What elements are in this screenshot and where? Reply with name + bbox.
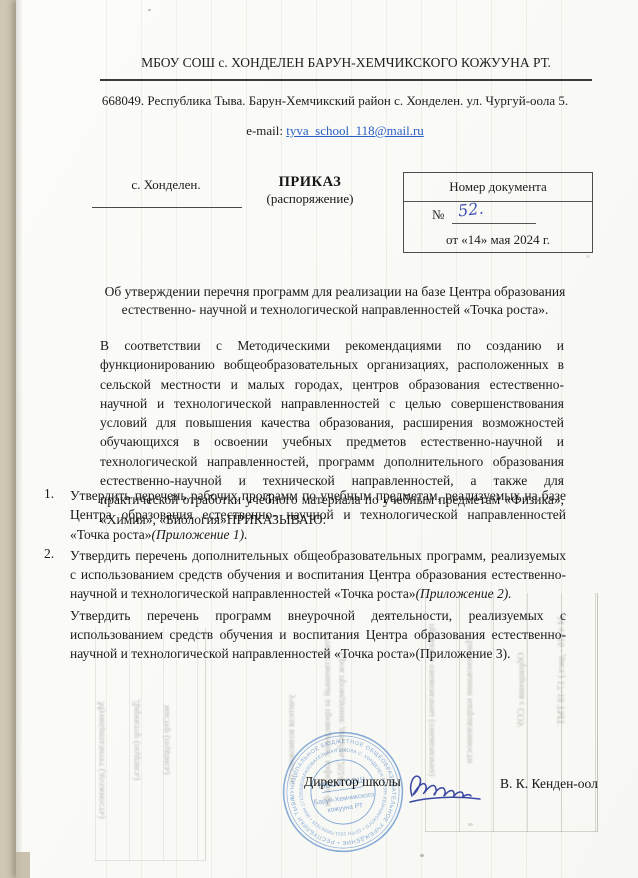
list-item: Утвердить перечень программ внеурочной д… — [42, 606, 566, 664]
scanner-corner-shadow — [16, 852, 30, 878]
number-box-header: Номер документа — [404, 173, 592, 202]
bleed-through-text: Муниципалитет (должность) — [97, 701, 107, 818]
order-subject: Об утверждении перечня программ для реал… — [70, 283, 600, 318]
document-number-box: Номер документа № 52. от «14» мая 2024 г… — [403, 172, 593, 253]
item-appendix: (Приложение 2). — [416, 586, 512, 601]
list-item: 2. Утвердить перечень дополнительных общ… — [42, 546, 566, 604]
doc-type-subtitle: (распоряжение) — [246, 191, 374, 207]
subject-line-1: Об утверждении перечня программ для реал… — [70, 283, 600, 301]
item-number — [42, 606, 70, 664]
signer-title: Директор школы — [304, 774, 401, 790]
handwritten-number: 52. — [457, 199, 485, 221]
order-item-list: 1. Утвердить перечень рабочих программ п… — [42, 486, 566, 666]
list-item: 1. Утвердить перечень рабочих программ п… — [42, 486, 566, 544]
number-row: № 52. — [404, 202, 592, 226]
org-address: 668049. Республика Тыва. Барун-Хемчикски… — [70, 93, 600, 109]
item-number: 1. — [42, 486, 70, 544]
email-label: e-mail: — [246, 123, 286, 138]
director-signature — [404, 768, 504, 812]
school-round-stamp: МУНИЦИПАЛЬНОЕ БЮДЖЕТНОЕ ОБЩЕОБРАЗОВАТЕЛЬ… — [268, 717, 417, 866]
stamp-center-line3: кожууна РТ — [327, 802, 363, 814]
scan-speck — [420, 854, 424, 857]
email-link[interactable]: tyva_school_118@mail.ru — [286, 123, 424, 138]
item-main-text: Утвердить перечень рабочих программ по у… — [70, 488, 566, 542]
letterhead-rule — [100, 79, 592, 81]
item-text: Утвердить перечень дополнительных общеоб… — [70, 546, 566, 604]
scan-speck — [148, 9, 151, 11]
doc-type-block: ПРИКАЗ (распоряжение) — [246, 174, 374, 207]
place-line: с. Хонделен. — [90, 177, 242, 193]
scan-speck — [468, 823, 473, 826]
place-underline — [92, 207, 242, 208]
bleed-through-text: Директор (подпись) — [132, 700, 142, 780]
number-sign: № — [432, 207, 444, 223]
item-appendix: (Приложение 1). — [152, 527, 248, 542]
doc-type-title: ПРИКАЗ — [246, 174, 374, 191]
bleed-through-text: мастер (подпись) — [162, 705, 172, 774]
scan-speck — [586, 255, 590, 258]
signer-name: В. К. Кенден-оол — [500, 776, 598, 792]
number-underline — [452, 223, 536, 224]
subject-line-2: естественно- научной и технологической н… — [70, 301, 600, 319]
email-line: e-mail: tyva_school_118@mail.ru — [70, 123, 600, 139]
item-main-text: Утвердить перечень программ внеурочной д… — [70, 608, 566, 662]
item-text: Утвердить перечень программ внеурочной д… — [70, 606, 566, 664]
order-date: от «14» мая 2024 г. — [404, 232, 592, 248]
scanned-order-document: Муниципалитет (должность) Директор (подп… — [0, 0, 638, 878]
item-number: 2. — [42, 546, 70, 604]
org-name: МБОУ СОШ с. ХОНДЕЛЕН БАРУН-ХЕМЧИКСКОГО К… — [86, 55, 606, 71]
item-text: Утвердить перечень рабочих программ по у… — [70, 486, 566, 544]
